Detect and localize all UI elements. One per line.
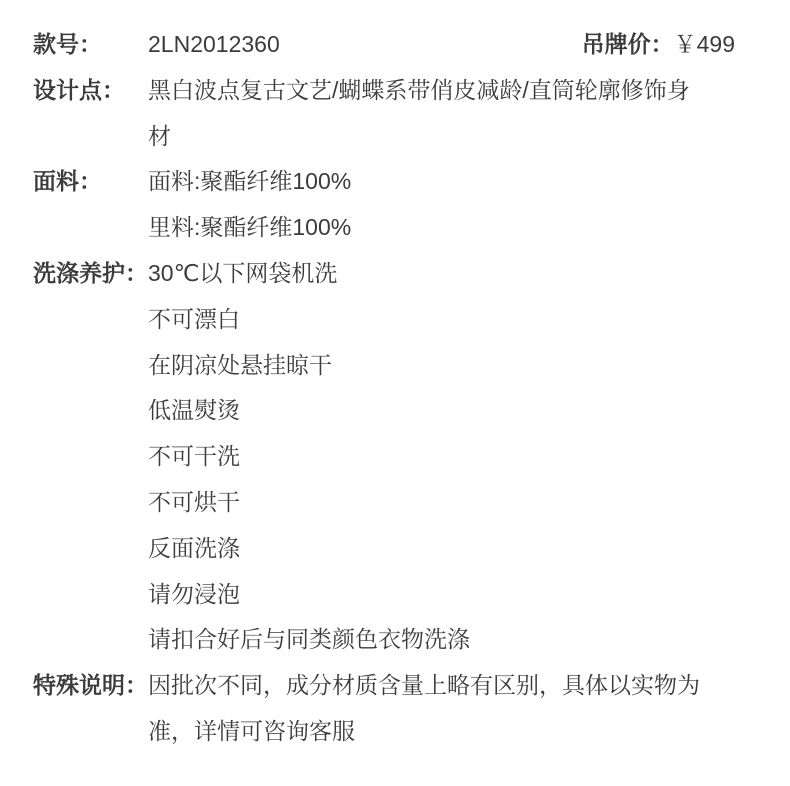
special-note-label: 特殊说明： [33,663,148,709]
row-wash-care: 洗涤养护： 30℃以下网袋机洗 不可漂白 在阴凉处悬挂晾干 低温熨烫 不可干洗 … [33,251,735,663]
tag-price-label: 吊牌价： [582,22,674,68]
row-special-note: 特殊说明： 因批次不同，成分材质含量上略有区别，具体以实物为准，详情可咨询客服 [33,663,735,755]
wash-care-line: 低温熨烫 [148,388,470,434]
fabric-label: 面料： [33,159,148,205]
row-style-number: 款号： 2LN2012360 吊牌价： ￥499 [33,22,735,68]
fabric-line: 里料:聚酯纤维100% [148,205,351,251]
wash-care-line: 不可漂白 [148,297,470,343]
wash-care-line: 30℃以下网袋机洗 [148,251,470,297]
design-points-label: 设计点： [33,68,148,114]
wash-care-line: 反面洗涤 [148,526,470,572]
fabric-lines: 面料:聚酯纤维100% 里料:聚酯纤维100% [148,159,351,251]
row-design-points: 设计点： 黑白波点复古文艺/蝴蝶系带俏皮减龄/直筒轮廓修饰身材 [33,68,735,160]
wash-care-line: 不可干洗 [148,434,470,480]
wash-care-line: 请勿浸泡 [148,572,470,618]
design-points-value: 黑白波点复古文艺/蝴蝶系带俏皮减龄/直筒轮廓修饰身材 [148,68,708,160]
style-number-label: 款号： [33,22,148,68]
product-spec-sheet: 款号： 2LN2012360 吊牌价： ￥499 设计点： 黑白波点复古文艺/蝴… [0,0,790,755]
tag-price: 吊牌价： ￥499 [582,22,735,68]
wash-care-label: 洗涤养护： [33,251,148,297]
wash-care-lines: 30℃以下网袋机洗 不可漂白 在阴凉处悬挂晾干 低温熨烫 不可干洗 不可烘干 反… [148,251,470,663]
wash-care-line: 在阴凉处悬挂晾干 [148,343,470,389]
special-note-value: 因批次不同，成分材质含量上略有区别，具体以实物为准，详情可咨询客服 [148,663,708,755]
wash-care-line: 请扣合好后与同类颜色衣物洗涤 [148,617,470,663]
row-fabric: 面料： 面料:聚酯纤维100% 里料:聚酯纤维100% [33,159,735,251]
fabric-line: 面料:聚酯纤维100% [148,159,351,205]
wash-care-line: 不可烘干 [148,480,470,526]
style-number-value: 2LN2012360 [148,22,280,68]
tag-price-value: ￥499 [674,22,735,68]
